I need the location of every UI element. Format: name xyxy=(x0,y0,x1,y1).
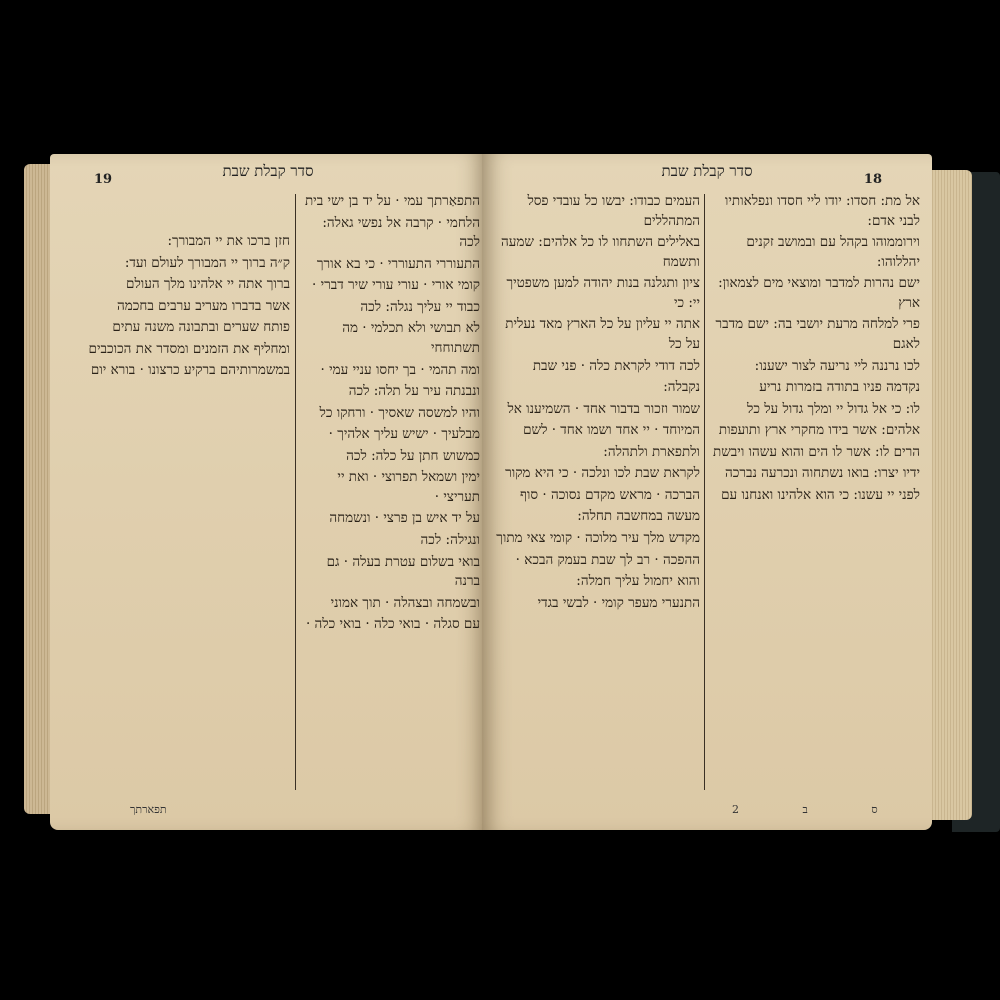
text-line: ולתפארת ולתהלה: xyxy=(496,443,700,463)
text-line: ישם נהרות למדבר ומוצאי מים לצמאון: ארץ xyxy=(710,274,920,313)
text-line: הלחמי · קרבה אל נפשי גאלה: לכה xyxy=(302,214,480,253)
text-line: ימין ושמאל תפרוצי · ואת יי תעריצי · xyxy=(302,468,480,507)
page-header: סדר קבלת שבת xyxy=(50,162,486,181)
text-line: ומה תהמי · בך יחסו עניי עמי · xyxy=(302,361,480,381)
text-line: לא תבושי ולא תכלמי · מה תשתוחחי xyxy=(302,319,480,358)
text-line: על יד איש בן פרצי · ונשמחה xyxy=(302,509,480,529)
text-line: אל מת: חסדו: יודו ליי חסדו ונפלאותיו לבנ… xyxy=(710,192,920,231)
text-line: עם סגלה · בואי כלה · בואי כלה · xyxy=(302,615,480,635)
text-line: ברוך אתה יי אלהינו מלך העולם xyxy=(58,275,290,295)
text-line: נקבלה: xyxy=(496,378,700,398)
text-line: ההפכה · רב לך שבת בעמק הבכא · xyxy=(496,551,700,571)
signature-mark: 2 xyxy=(732,803,769,816)
text-line: שמור וזכור בדבור אחד · השמיענו אל xyxy=(496,400,700,420)
signature-marks: ס ב 2 xyxy=(732,803,908,816)
text-line: ידיו יצרו: בואו נשתחוה ונכרעה נברכה xyxy=(710,464,920,484)
text-line: מבלעיך · ישיש עליך אלהיך · xyxy=(302,425,480,445)
text-line: לו: כי אל גדול יי ומלך גדול על כל xyxy=(710,400,920,420)
text-line: מקדש מלך עיר מלוכה · קומי צאי מתוך xyxy=(496,529,700,549)
text-line: ומחליף את הזמנים ומסדר את הכוכבים xyxy=(58,340,290,360)
right-column: אל מת: חסדו: יודו ליי חסדו ונפלאותיו לבנ… xyxy=(710,192,920,794)
signature-mark: ב xyxy=(803,803,838,816)
text-line: והוא יחמול עליך חמלה: xyxy=(496,572,700,592)
left-page: סדר קבלת שבת 19 חזן ברכו את יי המבורך: ק… xyxy=(50,154,486,830)
text-line: והיו למשסה שאסיך · ורחקו כל xyxy=(302,404,480,424)
column-divider xyxy=(704,194,705,790)
text-line: וירוממוהו בקהל עם ובמושב זקנים יהללוהו: xyxy=(710,233,920,272)
left-column: העמים כבודו: יבשו כל עובדי פסל המתהללים … xyxy=(496,192,700,794)
text-line: באלילים השתחוו לו כל אלהים: שמעה ותשמח xyxy=(496,233,700,272)
text-line: אתה יי עליון על כל הארץ מאד נעלית על כל xyxy=(496,315,700,354)
text-line: פותח שערים ובתבונה משנה עתים xyxy=(58,318,290,338)
signature-mark: ס xyxy=(871,803,907,816)
text-line: מעשה במחשבה תחלה: xyxy=(496,507,700,527)
page-edges-right xyxy=(927,170,972,820)
catchword: תפארתך xyxy=(130,803,167,816)
column-divider xyxy=(295,194,296,790)
text-line: כמשוש חתן על כלה: לכה xyxy=(302,447,480,467)
text-line: פרי למלחה מרעת יושבי בה: ישם מדבר לאגם xyxy=(710,315,920,354)
text-line: הברכה · מראש מקדם נסוכה · סוף xyxy=(496,486,700,506)
text-line: אשר בדברו מעריב ערבים בחכמה xyxy=(58,297,290,317)
right-column: התפאַרתך עמי · על יד בן ישי בית הלחמי · … xyxy=(302,192,480,794)
page-number: 18 xyxy=(864,172,882,187)
text-line: התפאַרתך עמי · על יד בן ישי בית xyxy=(302,192,480,212)
text-line: ק״ה ברוך יי המבורך לעולם ועד: xyxy=(58,254,290,274)
text-line: חזן ברכו את יי המבורך: xyxy=(58,232,290,252)
text-line: במשמרותיהם ברקיע כרצונו · בורא יום xyxy=(58,361,290,381)
text-line: המיוחד · יי אחד ושמו אחד · לשם xyxy=(496,421,700,441)
text-line: ובשמחה ובצהלה · תוך אמוני xyxy=(302,594,480,614)
text-line: לכו נרננה ליי נריעה לצור ישענו: xyxy=(710,357,920,377)
left-column: חזן ברכו את יי המבורך: ק״ה ברוך יי המבור… xyxy=(58,232,290,794)
page-number: 19 xyxy=(94,172,112,187)
text-line: לקראת שבת לכו ונלכה · כי היא מקור xyxy=(496,464,700,484)
text-line: בואי בשלום עטרת בעלה · גם ברנה xyxy=(302,553,480,592)
text-line: ונבנתה עיר על תלה: לכה xyxy=(302,382,480,402)
text-line: התעוררי התעוררי · כי בא אורך xyxy=(302,255,480,275)
text-line: התנערי מעפר קומי · לבשי בגדי xyxy=(496,594,700,614)
text-line: לפני יי עשנו: כי הוא אלהינו ואנחנו עם xyxy=(710,486,920,506)
right-page: סדר קבלת שבת 18 העמים כבודו: יבשו כל עוב… xyxy=(482,154,932,830)
open-book: סדר קבלת שבת 19 חזן ברכו את יי המבורך: ק… xyxy=(22,150,978,850)
text-line: כבוד יי עליך נגלה: לכה xyxy=(302,298,480,318)
text-line: ונגילה: לכה xyxy=(302,531,480,551)
text-line: קומי אורי · עורי עורי שיר דברי · xyxy=(302,276,480,296)
text-line: לכה דודי לקראת כלה · פני שבת xyxy=(496,357,700,377)
text-line: ציון ותגלנה בנות יהודה למען משפטיך יי: כ… xyxy=(496,274,700,313)
text-line: הרים לו: אשר לו הים והוא עשהו ויבשת xyxy=(710,443,920,463)
text-line: אלהים: אשר בידו מחקרי ארץ ותועפות xyxy=(710,421,920,441)
text-line: העמים כבודו: יבשו כל עובדי פסל המתהללים xyxy=(496,192,700,231)
text-line: נקדמה פניו בתודה בזמרות נריע xyxy=(710,378,920,398)
